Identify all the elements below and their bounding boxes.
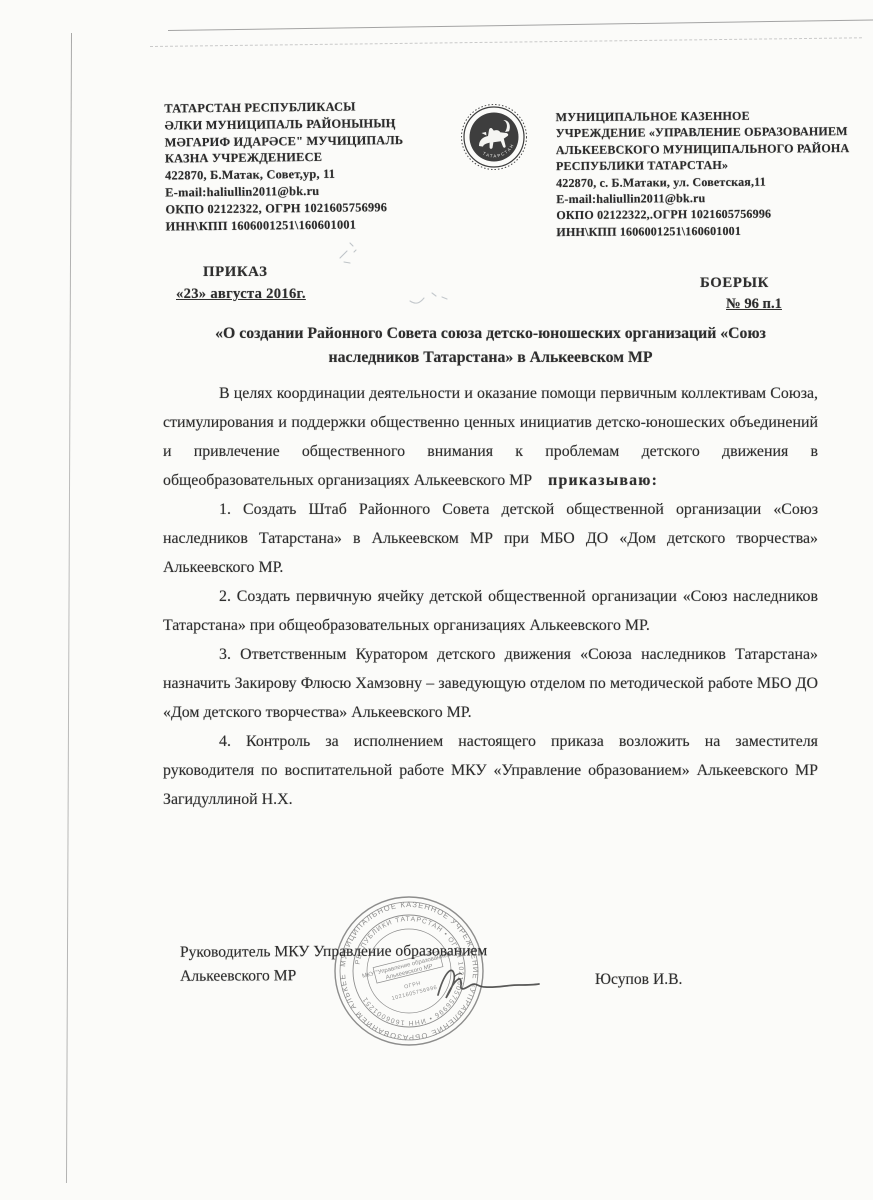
order-item-3: 3. Ответственным Куратором детского движ… — [163, 640, 818, 727]
order-label-ru: ПРИКАЗ — [203, 264, 268, 281]
scan-artifact-line-top — [168, 20, 873, 31]
order-label-tatar: БОЕРЫК — [700, 275, 769, 292]
order-body: В целях координации деятельности и оказа… — [163, 379, 818, 814]
order-number: № 96 п.1 — [726, 296, 782, 313]
org-right-line: АЛЬКЕЕВСКОГО МУНИЦИПАЛЬНОГО РАЙОНА — [556, 140, 871, 159]
pencil-mark — [332, 238, 366, 268]
letterhead-right-russian: МУНИЦИПАЛЬНОЕ КАЗЕННОЕ УЧРЕЖДЕНИЕ «УПРАВ… — [556, 107, 872, 240]
order-item-4: 4. Контроль за исполнением настоящего пр… — [163, 727, 818, 814]
signatory-name: Юсупов И.В. — [595, 971, 682, 989]
scan-artifact-line-faint — [150, 37, 862, 47]
letterhead-left-tatar: ТАТАРСТАН РЕСПУБЛИКАСЫ ӘЛКИ МУНИЦИПАЛЬ Р… — [164, 97, 457, 234]
document-title-line2: наследников Татарстана» в Алькеевском МР — [163, 346, 818, 370]
document-title-line1: «О создании Районного Совета союза детск… — [163, 322, 818, 346]
intro-paragraph: В целях координации деятельности и оказа… — [163, 379, 818, 495]
org-right-line: УЧРЕЖДЕНИЕ «УПРАВЛЕНИЕ ОБРАЗОВАНИЕМ — [556, 123, 871, 142]
pencil-mark — [406, 288, 454, 308]
order-command-word: приказываю: — [548, 472, 658, 489]
intro-text: В целях координации деятельности и оказа… — [163, 385, 818, 489]
tatarstan-coat-of-arms-icon: ТАТАРСТАН — [459, 102, 529, 172]
order-item-2: 2. Создать первичную ячейку детской обще… — [163, 582, 818, 640]
scanned-document-page: ТАТАРСТАН РЕСПУБЛИКАСЫ ӘЛКИ МУНИЦИПАЛЬ Р… — [0, 0, 873, 1200]
scan-page-edge-line — [66, 33, 72, 1183]
org-left-line: ИНН\КПП 1606001251\160601001 — [166, 215, 458, 235]
org-right-line: ИНН\КПП 1606001251\160601001 — [556, 222, 871, 241]
order-date: «23» августа 2016г. — [176, 286, 306, 303]
document-title: «О создании Районного Совета союза детск… — [163, 322, 818, 369]
handwritten-signature — [424, 955, 594, 1007]
order-item-1: 1. Создать Штаб Районного Совета детской… — [163, 495, 818, 582]
